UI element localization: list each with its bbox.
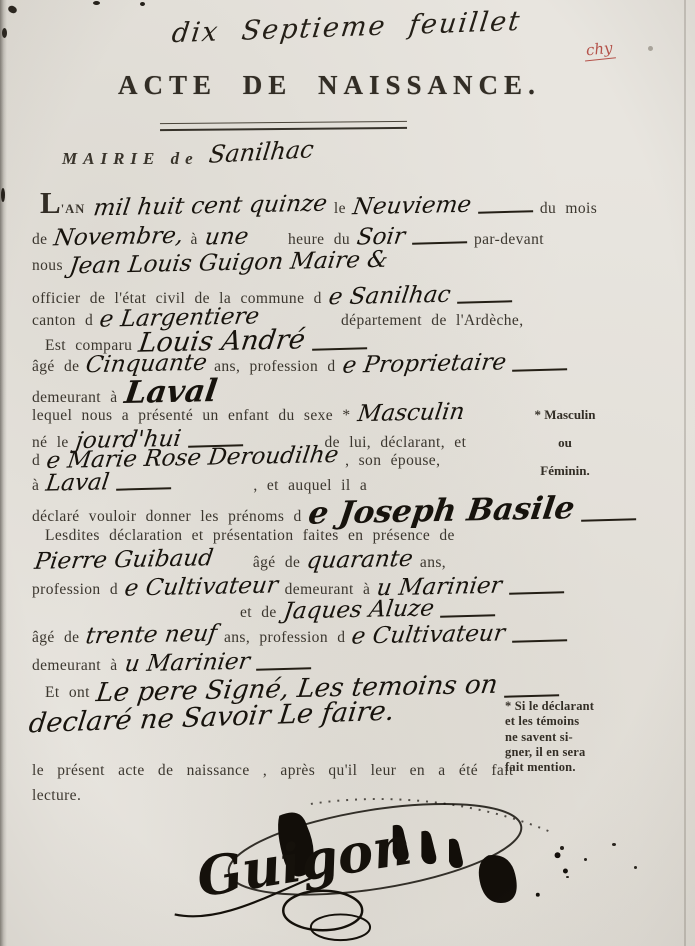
printed-text: à [190,231,197,249]
ink-blot [421,831,436,864]
l-temoin2: et deJaques Aluze [240,597,502,623]
ink-dash [509,580,564,594]
l-prenoms: déclaré vouloir donner les prénoms de Jo… [32,493,643,529]
mayor-signature: Guigon [160,798,590,946]
printed-text: et de [240,604,277,622]
printed-text: ans, profession d [214,358,335,376]
printed-text: lecture. [32,787,81,805]
folio-note-handwritten: dix Septieme feuillet [170,6,523,49]
ink-blot [536,893,540,897]
l-month: deNovembre,àuneheure duSoirpar-devant [32,224,551,250]
handwritten-text: Masculin [356,399,466,427]
document-page: dix Septieme feuillet chy ACTE DE NAISSA… [0,0,695,946]
ink-dash [440,603,495,617]
ink-speck [7,4,18,14]
printed-text: L [40,191,61,216]
printed-text: , son épouse, [345,452,440,470]
l-an: L'ANmil huit cent quinzeleNeuviemedu moi… [40,191,604,219]
printed-text: ans, profession d [224,629,345,647]
mairie-line: MAIRIE de Sanilhac [62,142,313,170]
ink-dash [581,507,636,521]
ink-dash [478,199,533,213]
signature-paraph-loop [283,891,362,930]
printed-text: déclaré vouloir donner les prénoms d [32,508,302,526]
handwritten-text: quarante [305,546,415,574]
l-lesdites: Lesdites déclaration et présentation fai… [45,527,462,545]
page-edge-line [684,0,686,946]
printed-text: nous [32,257,63,275]
l-nous: nousJean Louis Guigon Maire & [32,250,394,276]
l-lecture1: le présent acte de naissance , après qu'… [32,762,521,780]
handwritten-text: une [203,224,250,251]
printed-text: de [32,231,47,249]
ink-speck [140,2,145,6]
handwritten-text: e Cultivateur [350,620,507,649]
ink-dash [312,336,367,350]
printed-text: profession d [32,581,118,599]
handwritten-text: declaré ne Savoir Le faire. [27,696,396,740]
printed-text: Et ont [45,684,90,702]
ink-speck [2,28,7,38]
ink-speck [93,1,100,5]
ink-dash [256,656,311,670]
printed-text: le présent acte de naissance , après qu'… [32,762,514,780]
l-mere: de Marie Rose Deroudilhe, son épouse, [32,445,447,471]
l-temoin1: Pierre Guibaudâgé dequaranteans, [35,547,453,573]
folio-annotation-red: chy [583,38,615,61]
l-enfant-sexe: lequel nous a présenté un enfant du sexe… [32,400,471,426]
ink-speck [1,188,5,202]
ink-dash [512,628,567,642]
ink-speck [634,866,637,869]
printed-text: lequel nous a présenté un enfant du sexe… [32,407,351,425]
handwritten-text: u Marinier [123,649,251,678]
printed-text: heure du [288,231,350,249]
ink-dash [512,357,567,371]
mairie-label: MAIRIE de [62,149,199,168]
l-declare: declaré ne Savoir Le faire. [30,702,400,733]
ink-dash [504,683,559,697]
margin-note-signature-rule: * Si le déclarant et les témoins ne save… [505,699,645,775]
ink-blot [449,839,463,868]
mairie-commune-handwritten: Sanilhac [207,135,315,169]
handwritten-text: trente neuf [84,621,219,650]
l-temoin2-age: âgé detrente neufans, profession de Cult… [32,622,574,648]
printed-text: par-devant [474,231,544,249]
handwritten-text: Jean Louis Guigon Maire & [68,247,390,280]
printed-text: 'AN [61,202,86,217]
margin-note-sex: * Masculin ou Féminin. [521,401,609,485]
l-lecture2: lecture. [32,787,88,805]
l-temoin2-dem: demeurant àu Marinier [32,650,318,676]
handwritten-text: Novembre, [52,223,185,252]
page-gutter-shadow [0,0,7,946]
ink-speck [612,843,616,846]
ink-blot [555,852,561,858]
printed-text: ans, [420,554,446,572]
title-rule [160,121,407,131]
printed-text: du mois [540,200,597,218]
handwritten-text: Neuvieme [351,192,473,220]
printed-text: demeurant à [32,657,118,675]
handwritten-text: Jaques Aluze [282,595,436,624]
ink-dash [457,289,512,303]
printed-text: âgé de [32,629,79,647]
printed-text: âgé de [253,554,300,572]
ink-speck [648,46,653,51]
handwritten-text: mil huit cent quinze [92,191,329,222]
handwritten-text: e Proprietaire [340,349,507,378]
ink-dash [116,476,171,490]
printed-text: Lesdites déclaration et présentation fai… [45,527,455,545]
ink-blot [479,855,517,903]
printed-text: le [334,200,346,218]
ink-dash [412,230,467,244]
handwritten-text: Pierre Guibaud [33,545,215,575]
handwritten-text: e Joseph Basile [306,490,577,532]
printed-text: d [32,452,40,470]
ink-blot [563,869,568,874]
page-title: ACTE DE NAISSANCE. [118,70,541,101]
